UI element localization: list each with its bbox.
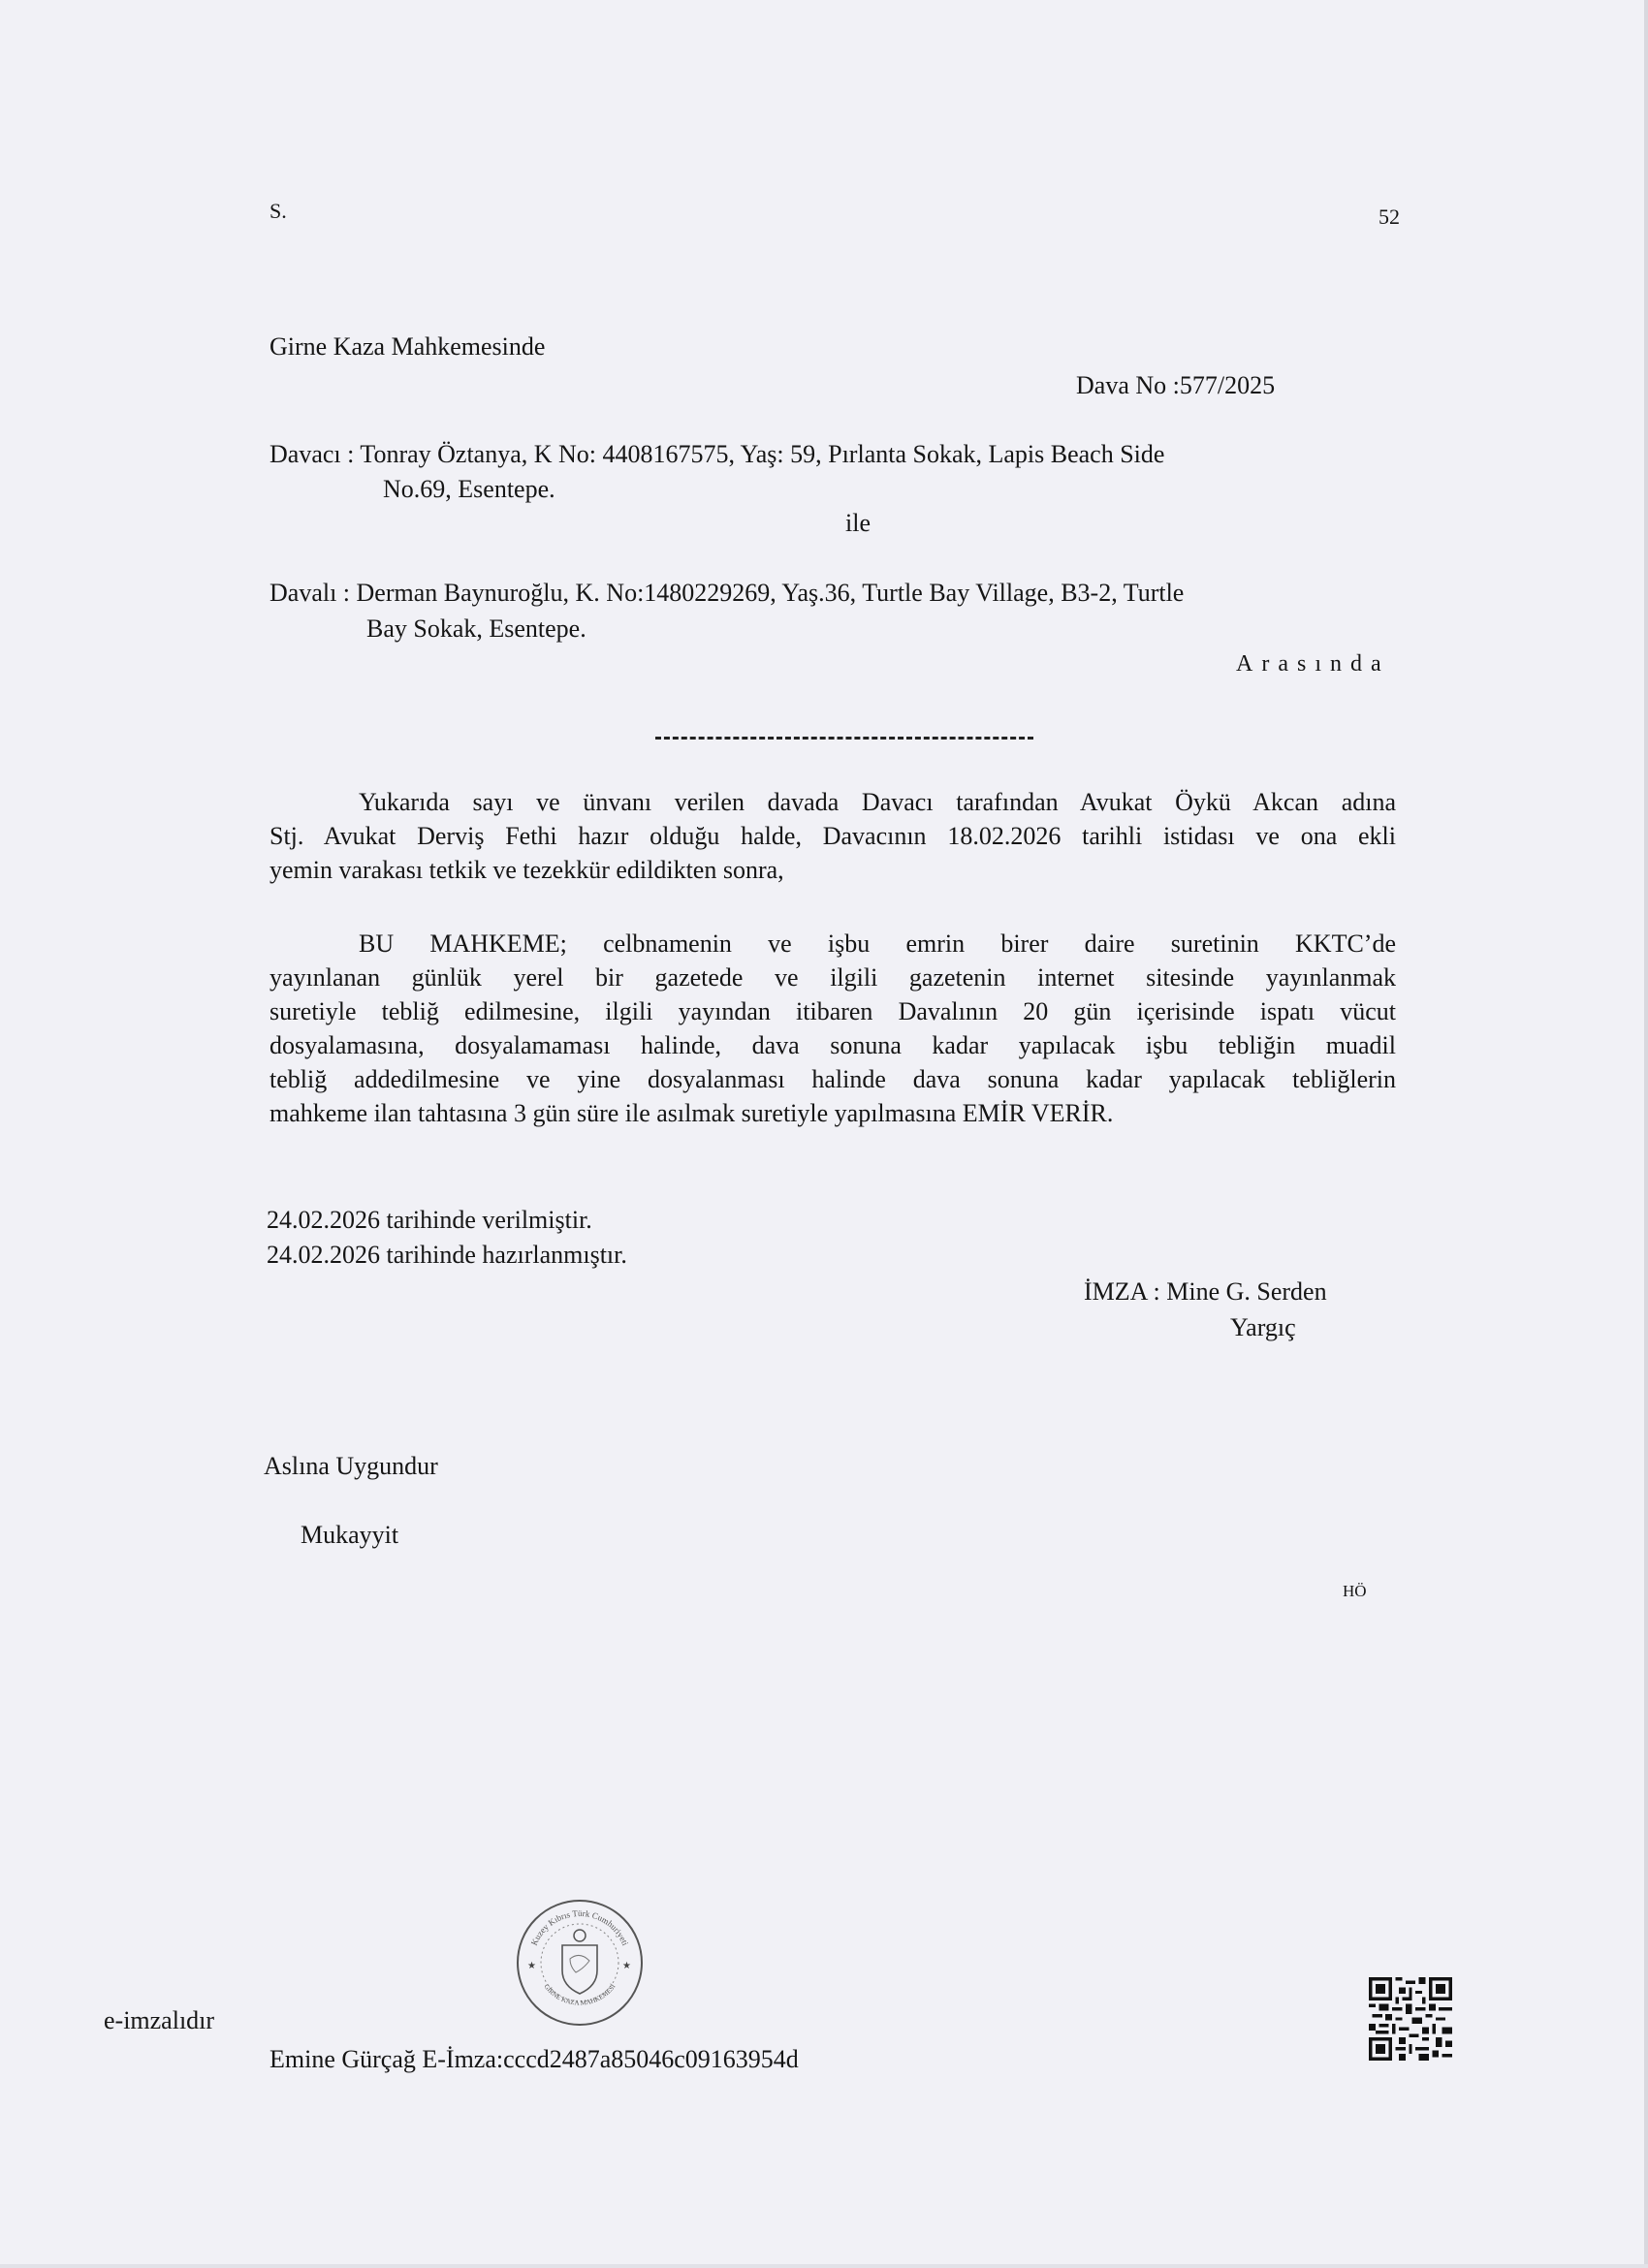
true-copy-label: Aslına Uygundur <box>264 1454 438 1479</box>
order-line: yayınlanan günlük yerel bir gazetede ve … <box>269 961 1396 994</box>
page-edge <box>0 2264 1648 2268</box>
judge-title: Yargıç <box>1230 1315 1296 1340</box>
intro-line: Yukarıda sayı ve ünvanı verilen davada D… <box>269 785 1396 819</box>
page-number: 52 <box>1379 206 1400 228</box>
svg-text:★: ★ <box>622 1961 631 1971</box>
court-name: Girne Kaza Mahkemesinde <box>269 334 545 360</box>
svg-text:GİRNE KAZA MAHKEMESİ: GİRNE KAZA MAHKEMESİ <box>542 1982 617 2006</box>
initials: HÖ <box>1343 1583 1367 1599</box>
plaintiff-line-2: No.69, Esentepe. <box>383 477 555 502</box>
date-prepared: 24.02.2026 tarihinde hazırlanmıştır. <box>267 1243 627 1268</box>
intro-paragraph: Yukarıda sayı ve ünvanı verilen davada D… <box>269 785 1396 887</box>
intro-line: yemin varakası tetkik ve tezekkür edildi… <box>269 853 1396 887</box>
defendant-line-2: Bay Sokak, Esentepe. <box>366 616 586 642</box>
court-seal-icon: Kuzey Kıbrıs Türk Cumhuriyeti GİRNE KAZA… <box>512 1895 648 2031</box>
e-signed-label: e-imzalıdır <box>104 2008 214 2033</box>
page-edge <box>1644 0 1648 2268</box>
e-signature: Emine Gürçağ E-İmza:cccd2487a85046c09163… <box>269 2047 799 2072</box>
case-number: Dava No :577/2025 <box>1076 373 1275 398</box>
order-line: mahkeme ilan tahtasına 3 gün süre ile as… <box>269 1096 1396 1130</box>
order-paragraph: BU MAHKEME; celbnamenin ve işbu emrin bi… <box>269 927 1396 1130</box>
svg-text:★: ★ <box>527 1961 536 1971</box>
order-line: BU MAHKEME; celbnamenin ve işbu emrin bi… <box>269 927 1396 961</box>
between-label: Arasında <box>1236 652 1390 676</box>
order-line: tebliğ addedilmesine ve yine dosyalanmas… <box>269 1062 1396 1096</box>
qr-code-icon[interactable] <box>1369 1977 1452 2061</box>
date-given: 24.02.2026 tarihinde verilmiştir. <box>267 1208 592 1233</box>
defendant-line-1: Davalı : Derman Baynuroğlu, K. No:148022… <box>269 581 1184 606</box>
order-line: dosyalamasına, dosyalamaması halinde, da… <box>269 1028 1396 1062</box>
clerk-label: Mukayyit <box>301 1523 398 1548</box>
intro-line: Stj. Avukat Derviş Fethi hazır olduğu ha… <box>269 819 1396 853</box>
plaintiff-line-1: Davacı : Tonray Öztanya, K No: 440816757… <box>269 442 1164 467</box>
signature-label: İMZA : Mine G. Serden <box>1084 1279 1327 1305</box>
divider <box>655 737 1033 740</box>
section-mark: S. <box>269 201 287 222</box>
order-line: suretiyle tebliğ edilmesine, ilgili yayı… <box>269 994 1396 1028</box>
conjunction: ile <box>845 511 871 536</box>
